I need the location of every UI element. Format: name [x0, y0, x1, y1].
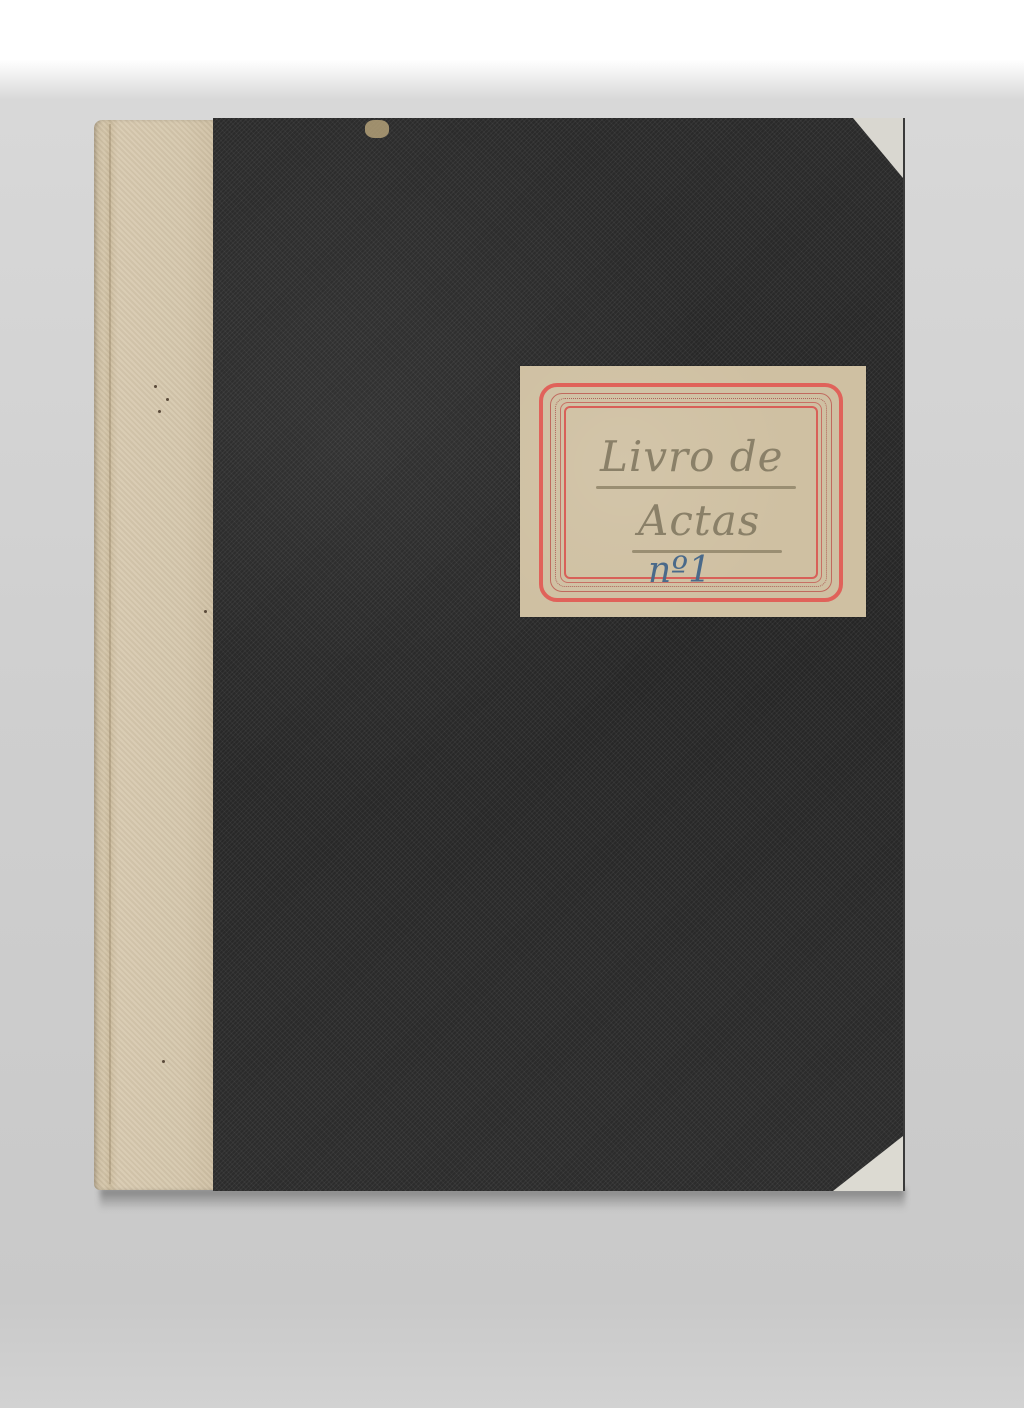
spine-stain [166, 398, 169, 401]
scan-top-margin [0, 0, 1024, 55]
spine-stain [204, 610, 207, 613]
black-cover: Livro de Actas nº1 [213, 118, 905, 1191]
label-volume-number: nº1 [648, 550, 711, 591]
book-shadow [100, 1188, 905, 1210]
spine-stain [154, 385, 157, 388]
notebook: Livro de Actas nº1 [94, 118, 904, 1191]
spine-stain [162, 1060, 165, 1063]
cover-scuff [365, 120, 389, 138]
corner-protector-top-right [853, 118, 903, 178]
label-title-line1: Livro de [600, 432, 784, 481]
label-title-line2: Actas [638, 496, 760, 545]
spine-stain [158, 410, 161, 413]
label-underline [596, 486, 796, 489]
cloth-spine [94, 120, 214, 1190]
spine-fold-line [109, 124, 111, 1184]
corner-protector-bottom-right [833, 1136, 903, 1191]
cover-label: Livro de Actas nº1 [520, 366, 866, 617]
